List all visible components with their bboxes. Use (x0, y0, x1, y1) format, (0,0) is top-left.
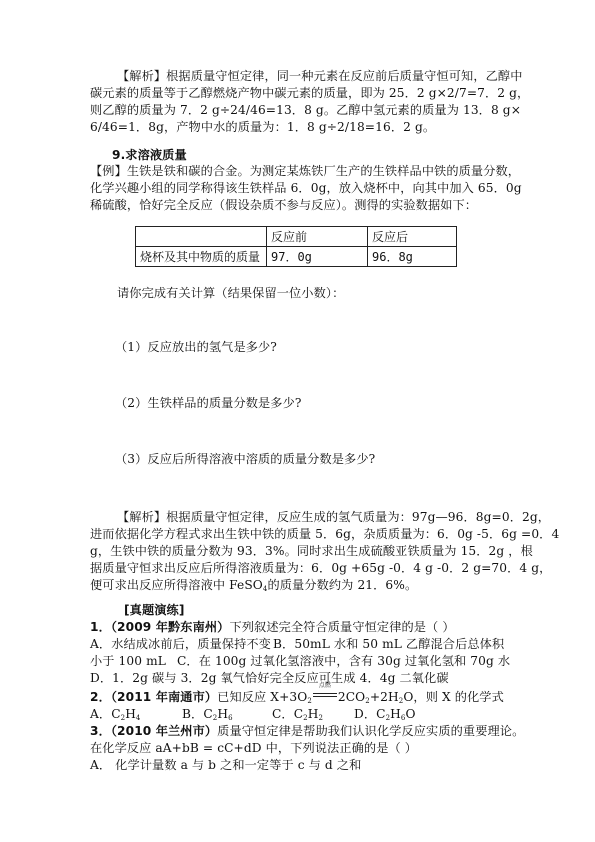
example-line3: 稀硫酸，恰好完全反应（假设杂质不参与反应）。测得的实验数据如下： (90, 198, 520, 212)
analysis2-line1: 【解析】根据质量守恒定律，反应生成的氢气质量为：97g—96．8g=0．2g， (117, 510, 547, 524)
q2-stem-mid: 2CO (338, 690, 365, 704)
analysis1-line3: 则乙醇的质量为 7．2 g÷24/46=13．8 g。乙醇中氢元素的质量为 13… (90, 103, 520, 117)
analysis2-line5-pre: 便可求出反应所得溶液中 FeSO (90, 578, 263, 592)
q2-option-d: D．C2H6O (354, 707, 416, 721)
question-2: （2）生铁样品的质量分数是多少? (115, 396, 545, 410)
analysis2-line2: 进而依据化学方程式求出生铁中铁的质量 5．6g，杂质质量为：6．0g -5．6g… (90, 527, 520, 541)
table-row: 烧杯及其中物质的质量 97．0g 96．8g (136, 247, 457, 267)
subscript: 2 (318, 714, 323, 722)
q2-options: A．C2H4B．C2H6C．C2H2D．C2H6O (90, 707, 520, 721)
option-text: H (217, 707, 228, 721)
analysis1-line4: 6/46=1．8g，产物中水的质量为：1．8 g÷2/18=16．2 g。 (90, 120, 520, 134)
option-text: H (125, 707, 136, 721)
q3-stem-line2: 在化学反应 aA+bB = cC+dD 中，下列说法正确的是（ ） (90, 741, 520, 755)
question-3: （3）反应后所得溶液中溶质的质量分数是多少? (115, 452, 545, 466)
q2-option-b: B．C2H6 (182, 707, 272, 721)
q1-option-b-cont: 小于 100 mL (90, 654, 177, 668)
example-line1: 【例】生铁是铁和碳的合金。为测定某炼铁厂生产的生铁样品中铁的质量分数， (90, 164, 520, 178)
table-header-row: 反应前 反应后 (136, 227, 457, 247)
calc-prompt: 请你完成有关计算（结果保留一位小数）： (117, 286, 547, 300)
practice-q3-stem: 3．（2010 年兰州市）质量守恒定律是帮助我们认识化学反应实质的重要理论。 (90, 724, 520, 738)
q1-option-b: B．50mL 水和 50 mL 乙醇混合后总体积 (273, 637, 504, 651)
example-line2: 化学兴趣小组的同学称得该生铁样品 6．0g，放入烧杯中，向其中加入 65．0g (90, 181, 520, 195)
table-header-cell: 反应后 (368, 227, 457, 247)
analysis2-line4: 据质量守恒求出反应后所得溶液质量为：6．0g +65g -0．4 g -0．2 … (90, 561, 520, 575)
option-text: H (390, 707, 401, 721)
q2-stem-pre: 已知反应 X+3O (217, 690, 307, 704)
analysis2-line3: g，生铁中铁的质量分数为 93．3%。同时求出生成硫酸亚铁质量为 15．2g ，… (90, 544, 520, 558)
q2-source: （2011 年南通市） (111, 690, 217, 704)
option-label: D．C (354, 707, 386, 721)
q3-source: （2010 年兰州市） (111, 724, 217, 738)
q1-option-d: D．1．2g 碳与 3．2g 氧气恰好完全反应可生成 4．4g 二氧化碳 (90, 671, 520, 685)
option-label: A．C (90, 707, 121, 721)
q1-option-c: C．在 100g 过氧化氢溶液中，含有 30g 过氧化氢和 70g 水 (177, 654, 510, 668)
q2-number: 2． (90, 690, 111, 704)
reaction-condition: 点燃 (312, 682, 338, 689)
experiment-data-table: 反应前 反应后 烧杯及其中物质的质量 97．0g 96．8g (135, 226, 457, 267)
table-header-cell: 反应前 (267, 227, 368, 247)
q3-number: 3． (90, 724, 111, 738)
practice-q1-stem: 1．（2009 年黔东南州）下列叙述完全符合质量守恒定律的是（ ） (90, 620, 520, 634)
equals-bars (313, 693, 337, 697)
option-label: C．C (272, 707, 303, 721)
q1-number: 1． (90, 620, 111, 634)
subscript: 4 (136, 714, 141, 722)
q1-options-ab: A．水结成冰前后，质量保持不变B．50mL 水和 50 mL 乙醇混合后总体积 (90, 637, 520, 651)
q2-stem-post: O，则 X 的化学式 (403, 690, 504, 704)
q2-option-c: C．C2H2 (272, 707, 354, 721)
practice-q2-stem: 2．（2011 年南通市）已知反应 X+3O2点燃2CO2+2H2O，则 X 的… (90, 690, 520, 704)
table-header-cell (136, 227, 267, 247)
reaction-arrow: 点燃 (312, 690, 338, 704)
option-text: H (308, 707, 319, 721)
q3-option-a: A． 化学计量数 a 与 b 之和一定等于 c 与 d 之和 (90, 758, 520, 772)
practice-heading: [真题演练] (124, 603, 554, 617)
table-cell: 97．0g (267, 247, 368, 267)
analysis1-line1: 【解析】根据质量守恒定律，同一种元素在反应前后质量守恒可知，乙醇中 (117, 69, 547, 83)
q1-options-bc: 小于 100 mLC．在 100g 过氧化氢溶液中，含有 30g 过氧化氢和 7… (90, 654, 520, 668)
option-label: B．C (182, 707, 213, 721)
table-cell: 烧杯及其中物质的质量 (136, 247, 267, 267)
analysis2-line5: 便可求出反应所得溶液中 FeSO4的质量分数约为 21．6%。 (90, 578, 520, 592)
q2-stem-mid2: +2H (370, 690, 399, 704)
option-text: O (405, 707, 415, 721)
analysis2-line5-post: 的质量分数约为 21．6%。 (267, 578, 417, 592)
section9-heading: 9.求溶液质量 (112, 148, 542, 162)
subscript: 6 (228, 714, 233, 722)
analysis1-line2: 碳元素的质量等于乙醇燃烧产物中碳元素的质量，即为 25．2 g×2/7=7．2 … (90, 86, 520, 100)
q3-stem-line1: 质量守恒定律是帮助我们认识化学反应实质的重要理论。 (217, 724, 524, 738)
q1-source: （2009 年黔东南州） (111, 620, 230, 634)
q1-stem: 下列叙述完全符合质量守恒定律的是（ ） (229, 620, 454, 634)
question-1: （1）反应放出的氢气是多少? (115, 340, 545, 354)
table-cell: 96．8g (368, 247, 457, 267)
q1-option-a: A．水结成冰前后，质量保持不变 (90, 637, 273, 651)
document-page: 【解析】根据质量守恒定律，同一种元素在反应前后质量守恒可知，乙醇中 碳元素的质量… (0, 0, 595, 842)
q2-option-a: A．C2H4 (90, 707, 182, 721)
